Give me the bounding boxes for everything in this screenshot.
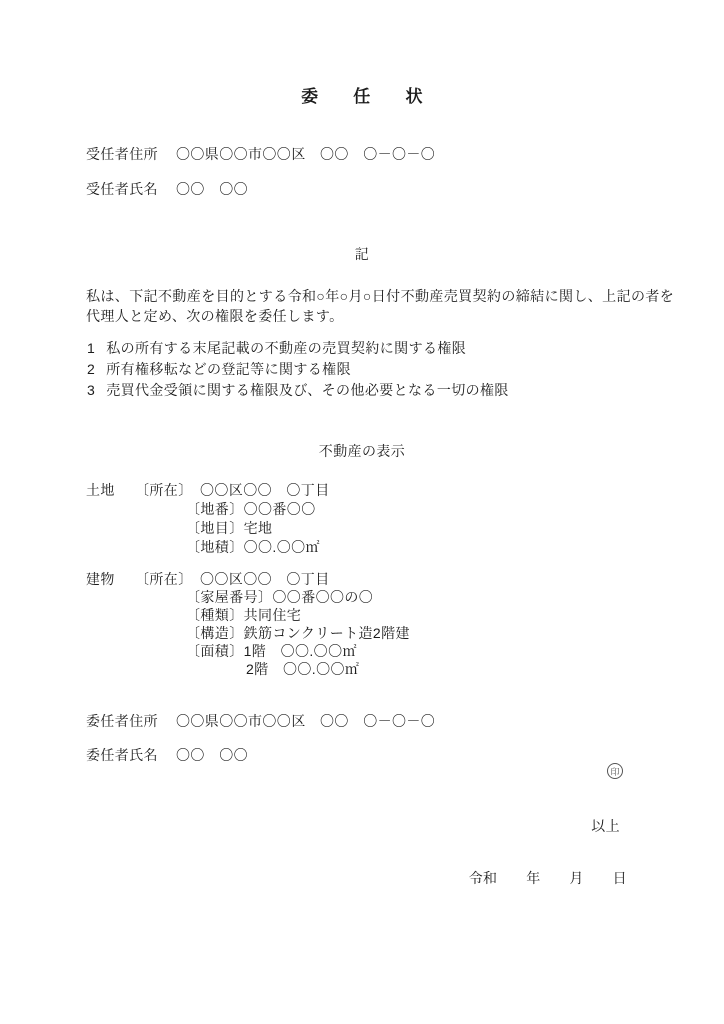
seal-stamp-icon: 印	[607, 763, 623, 779]
principal-address-row: 委任者住所 〇〇県〇〇市〇〇区 〇〇 〇－〇－〇	[86, 713, 435, 729]
recipient-address-value: 〇〇県〇〇市〇〇区 〇〇 〇－〇－〇	[176, 146, 435, 162]
preamble-line-2: 代理人と定め、次の権限を委任します。	[86, 308, 344, 324]
power-item-2: 2 所有権移転などの登記等に関する権限	[87, 361, 351, 377]
land-category-line: 〔地目〕宅地	[186, 520, 272, 536]
principal-name-value: 〇〇 〇〇	[176, 747, 248, 763]
power-of-attorney-document: 委 任 状 受任者住所 〇〇県〇〇市〇〇区 〇〇 〇－〇－〇 受任者氏名 〇〇 …	[0, 0, 724, 1024]
building-label: 建物	[86, 571, 115, 587]
principal-name-label: 委任者氏名	[86, 747, 158, 763]
property-section-heading: 不動産の表示	[0, 443, 724, 459]
principal-address-value: 〇〇県〇〇市〇〇区 〇〇 〇－〇－〇	[176, 713, 435, 729]
building-floor2-area-line: 2階 〇〇.〇〇㎡	[246, 661, 359, 677]
recipient-name-value: 〇〇 〇〇	[176, 181, 248, 197]
land-label: 土地	[86, 482, 115, 498]
recipient-address-row: 受任者住所 〇〇県〇〇市〇〇区 〇〇 〇－〇－〇	[86, 146, 435, 162]
building-type-line: 〔種類〕共同住宅	[186, 607, 301, 623]
land-area-line: 〔地積〕〇〇.〇〇㎡	[186, 539, 320, 555]
power-item-3-text: 売買代金受領に関する権限及び、その他必要となる一切の権限	[106, 382, 509, 398]
recipient-address-label: 受任者住所	[86, 146, 158, 162]
land-lot-number-line: 〔地番〕〇〇番〇〇	[186, 501, 316, 517]
power-item-3: 3 売買代金受領に関する権限及び、その他必要となる一切の権限	[87, 382, 509, 398]
principal-address-label: 委任者住所	[86, 713, 158, 729]
building-location-line: 〔所在〕 〇〇区〇〇 〇丁目	[135, 571, 330, 587]
power-item-1-number: 1	[87, 340, 95, 356]
recipient-name-row: 受任者氏名 〇〇 〇〇	[86, 181, 248, 197]
closing-statement: 以上	[591, 818, 620, 834]
building-house-number-line: 〔家屋番号〕〇〇番〇〇の〇	[186, 589, 373, 605]
building-floor1-area-line: 〔面積〕1階 〇〇.〇〇㎡	[186, 643, 357, 659]
preamble-line-1: 私は、下記不動産を目的とする令和○年○月○日付不動産売買契約の締結に関し、上記の…	[86, 288, 674, 304]
date-line: 令和 年 月 日	[469, 870, 627, 886]
power-item-1-text: 私の所有する末尾記載の不動産の売買契約に関する権限	[106, 340, 466, 356]
seal-stamp-character: 印	[610, 765, 619, 778]
power-item-2-number: 2	[87, 361, 95, 377]
building-structure-line: 〔構造〕鉄筋コンクリート造2階建	[186, 625, 410, 641]
power-item-3-number: 3	[87, 382, 95, 398]
recipient-name-label: 受任者氏名	[86, 181, 158, 197]
principal-name-row: 委任者氏名 〇〇 〇〇	[86, 747, 248, 763]
record-mark: 記	[0, 246, 724, 262]
power-item-2-text: 所有権移転などの登記等に関する権限	[106, 361, 351, 377]
land-location-line: 〔所在〕 〇〇区〇〇 〇丁目	[135, 482, 330, 498]
document-title: 委 任 状	[0, 87, 724, 107]
power-item-1: 1 私の所有する末尾記載の不動産の売買契約に関する権限	[87, 340, 466, 356]
